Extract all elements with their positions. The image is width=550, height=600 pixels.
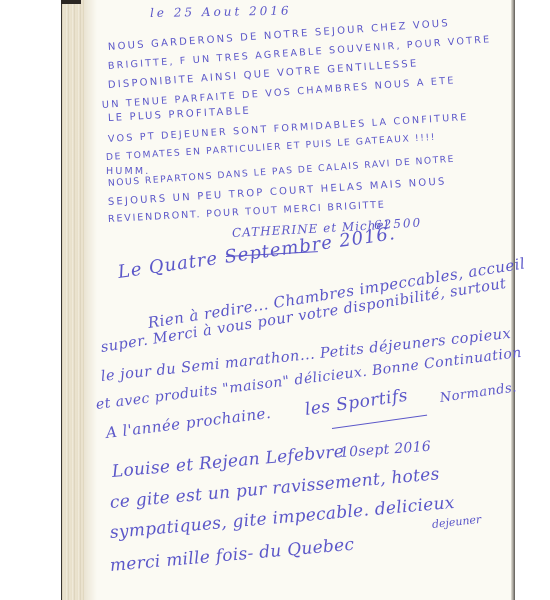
entry-1-date: le 25 Aout 2016 [150,4,292,20]
page-right-edge [511,0,515,600]
page-edges-stack [61,0,84,600]
gutter-shadow [83,0,97,600]
scanned-page: le 25 Aout 2016 NOUS GARDERONS de NOTRE … [0,0,550,600]
book-cover-corner [61,0,81,4]
